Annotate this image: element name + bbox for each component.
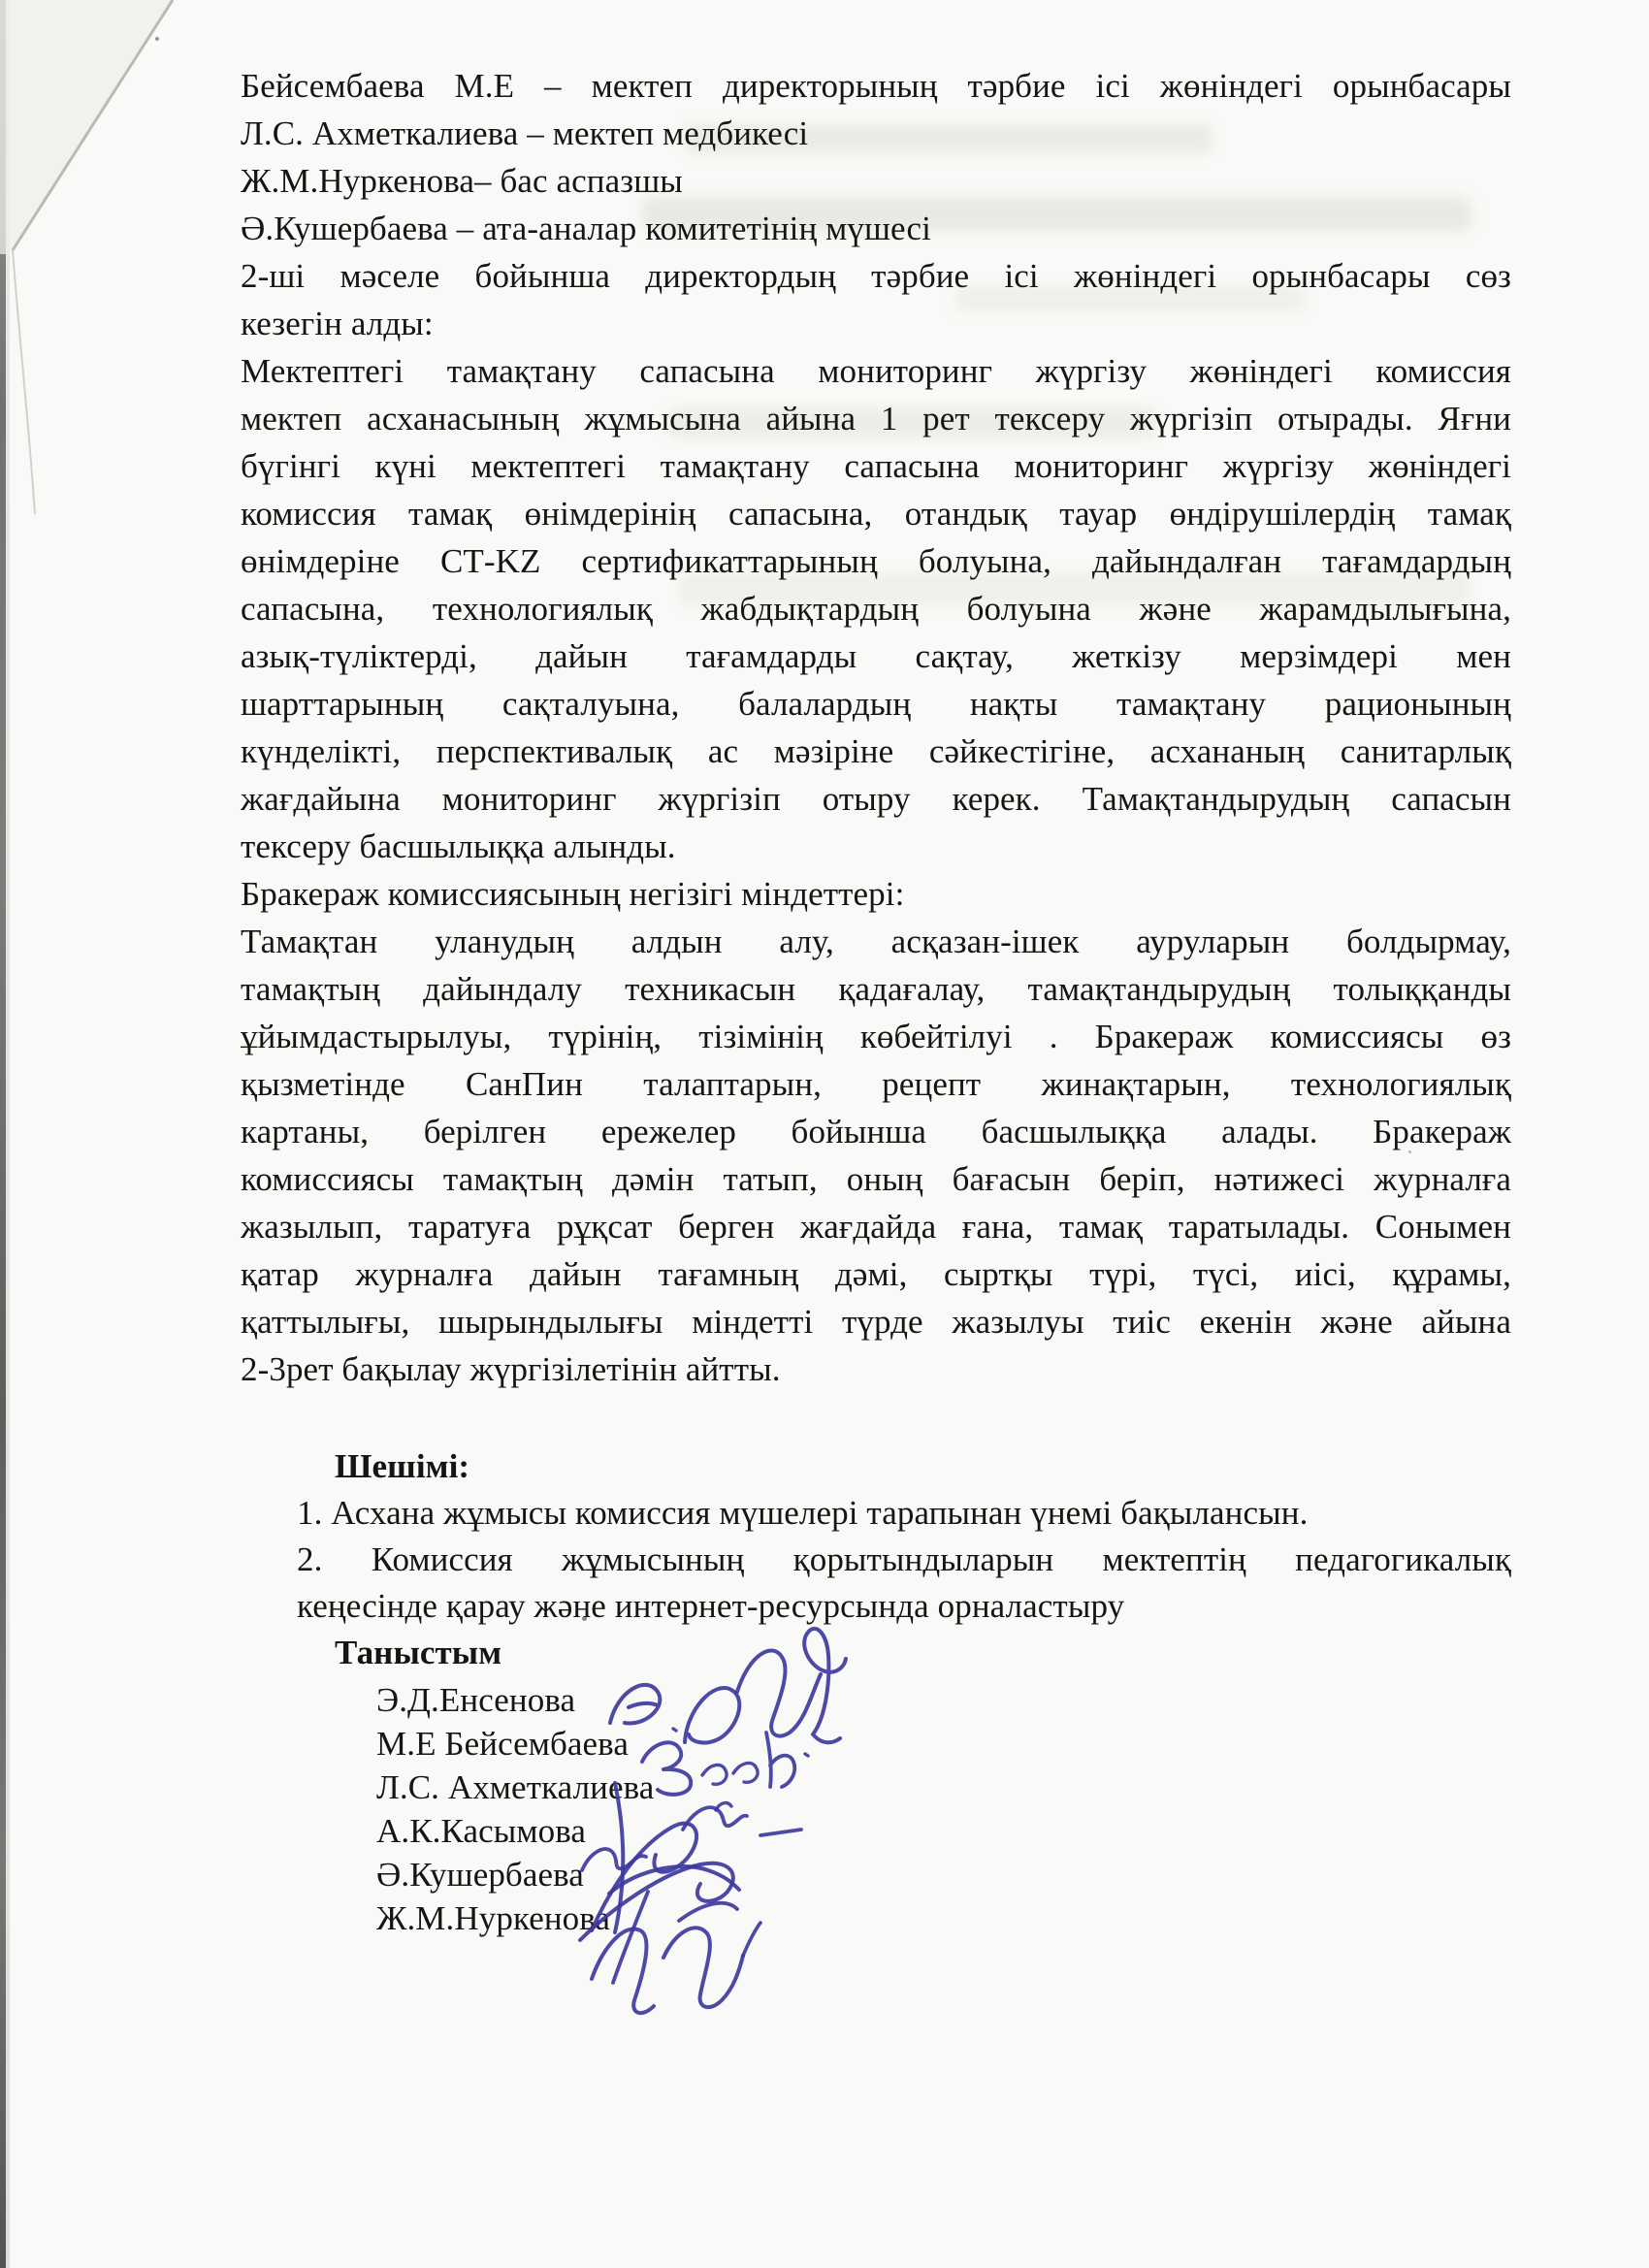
signer-name: Л.С. Ахметкалиева bbox=[376, 1766, 654, 1809]
signer-row: А.К.Касымова bbox=[241, 1809, 1511, 1853]
text-line: ұйымдастырылуы, түрінің, тізімінің көбей… bbox=[241, 1013, 1511, 1060]
text-line: 2-ші мәселе бойынша директордың тәрбие і… bbox=[241, 252, 1511, 300]
text-line: өнімдеріне СТ-KZ сертификаттарының болуы… bbox=[241, 537, 1511, 585]
text-line: Ж.М.Нуркенова– бас аспазшы bbox=[241, 157, 1511, 205]
text-line: шарттарының сақталуына, балалардың нақты… bbox=[241, 680, 1511, 728]
text-line: тексеру басшылыққа алынды. bbox=[241, 823, 1511, 870]
text-line: Тамақтан уланудың алдын алу, асқазан-іше… bbox=[241, 918, 1511, 965]
text-line: комиссия тамақ өнімдерінің сапасына, ота… bbox=[241, 490, 1511, 537]
signer-name: М.Е Бейсембаева bbox=[376, 1722, 629, 1766]
text-line: күнделікті, перспективалық ас мәзіріне с… bbox=[241, 728, 1511, 775]
text-line: сапасына, технологиялық жабдықтардың бол… bbox=[241, 585, 1511, 632]
signer-name: Ж.М.Нуркенова bbox=[376, 1896, 610, 1940]
text-line: Таныстым bbox=[241, 1630, 1511, 1676]
text-line: картаны, берілген ережелер бойынша басшы… bbox=[241, 1108, 1511, 1155]
signer-row: Ж.М.Нуркенова bbox=[241, 1896, 1511, 1940]
text-line: Шешімі: bbox=[241, 1443, 1511, 1490]
text-line: кеңесінде қарау және интернет-ресурсында… bbox=[241, 1583, 1511, 1630]
text-line: қызметінде СанПин талаптарын, рецепт жин… bbox=[241, 1060, 1511, 1108]
scan-left-edge-highlight bbox=[6, 0, 10, 2268]
text-line: мектеп асханасының жұмысына айына 1 рет … bbox=[241, 395, 1511, 442]
signer-row: Э.Д.Енсенова bbox=[241, 1678, 1511, 1722]
text-line: 2. Комиссия жұмысының қорытындыларын мек… bbox=[241, 1537, 1511, 1583]
text-line: Л.С. Ахметкалиева – мектеп медбикесі bbox=[241, 110, 1511, 157]
signer-name: Э.Д.Енсенова bbox=[376, 1678, 575, 1722]
text-line: Бейсембаева М.Е – мектеп директорының тә… bbox=[241, 62, 1511, 110]
crease-shadow-triangle bbox=[0, 0, 173, 254]
crease-line-fade bbox=[13, 250, 35, 514]
signer-name: А.К.Касымова bbox=[376, 1809, 586, 1853]
text-line: тамақтың дайындалу техникасын қадағалау,… bbox=[241, 965, 1511, 1013]
signer-name: Ә.Кушербаева bbox=[376, 1853, 584, 1896]
text-line: Бракераж комиссиясының негізігі міндетте… bbox=[241, 870, 1511, 918]
document-text-block: Бейсембаева М.Е – мектеп директорының тә… bbox=[241, 62, 1511, 1940]
text-line: азық-түліктерді, дайын тағамдарды сақтау… bbox=[241, 632, 1511, 680]
text-line: 2-3рет бақылау жүргізілетінін айтты. bbox=[241, 1345, 1511, 1393]
document-lines: Бейсембаева М.Е – мектеп директорының тә… bbox=[241, 62, 1511, 1676]
text-line: Ә.Кушербаева – ата-аналар комитетінің мү… bbox=[241, 205, 1511, 252]
text-line: Мектептегі тамақтану сапасына мониторинг… bbox=[241, 347, 1511, 395]
text-line: комиссиясы тамақтың дәмін татып, оның ба… bbox=[241, 1155, 1511, 1203]
signer-row: Л.С. Ахметкалиева bbox=[241, 1766, 1511, 1809]
scan-speck bbox=[155, 37, 159, 41]
text-line: қатар журналға дайын тағамның дәмі, сырт… bbox=[241, 1250, 1511, 1298]
signer-row: М.Е Бейсембаева bbox=[241, 1722, 1511, 1766]
text-line: 1. Асхана жұмысы комиссия мүшелері тарап… bbox=[241, 1490, 1511, 1537]
text-line: кезегін алды: bbox=[241, 300, 1511, 347]
crease-line bbox=[13, 0, 173, 250]
text-line: бүгінгі күні мектептегі тамақтану сапасы… bbox=[241, 442, 1511, 490]
text-line: жағдайына мониторинг жүргізіп отыру кере… bbox=[241, 775, 1511, 823]
scanned-document-page: Бейсембаева М.Е – мектеп директорының тә… bbox=[0, 0, 1649, 2268]
text-line: қаттылығы, шырындылығы міндетті түрде жа… bbox=[241, 1298, 1511, 1345]
text-line: жазылып, таратуға рұқсат берген жағдайда… bbox=[241, 1203, 1511, 1250]
signers-list: Э.Д.ЕнсеноваМ.Е БейсембаеваЛ.С. Ахметкал… bbox=[241, 1678, 1511, 1940]
signer-row: Ә.Кушербаева bbox=[241, 1853, 1511, 1896]
